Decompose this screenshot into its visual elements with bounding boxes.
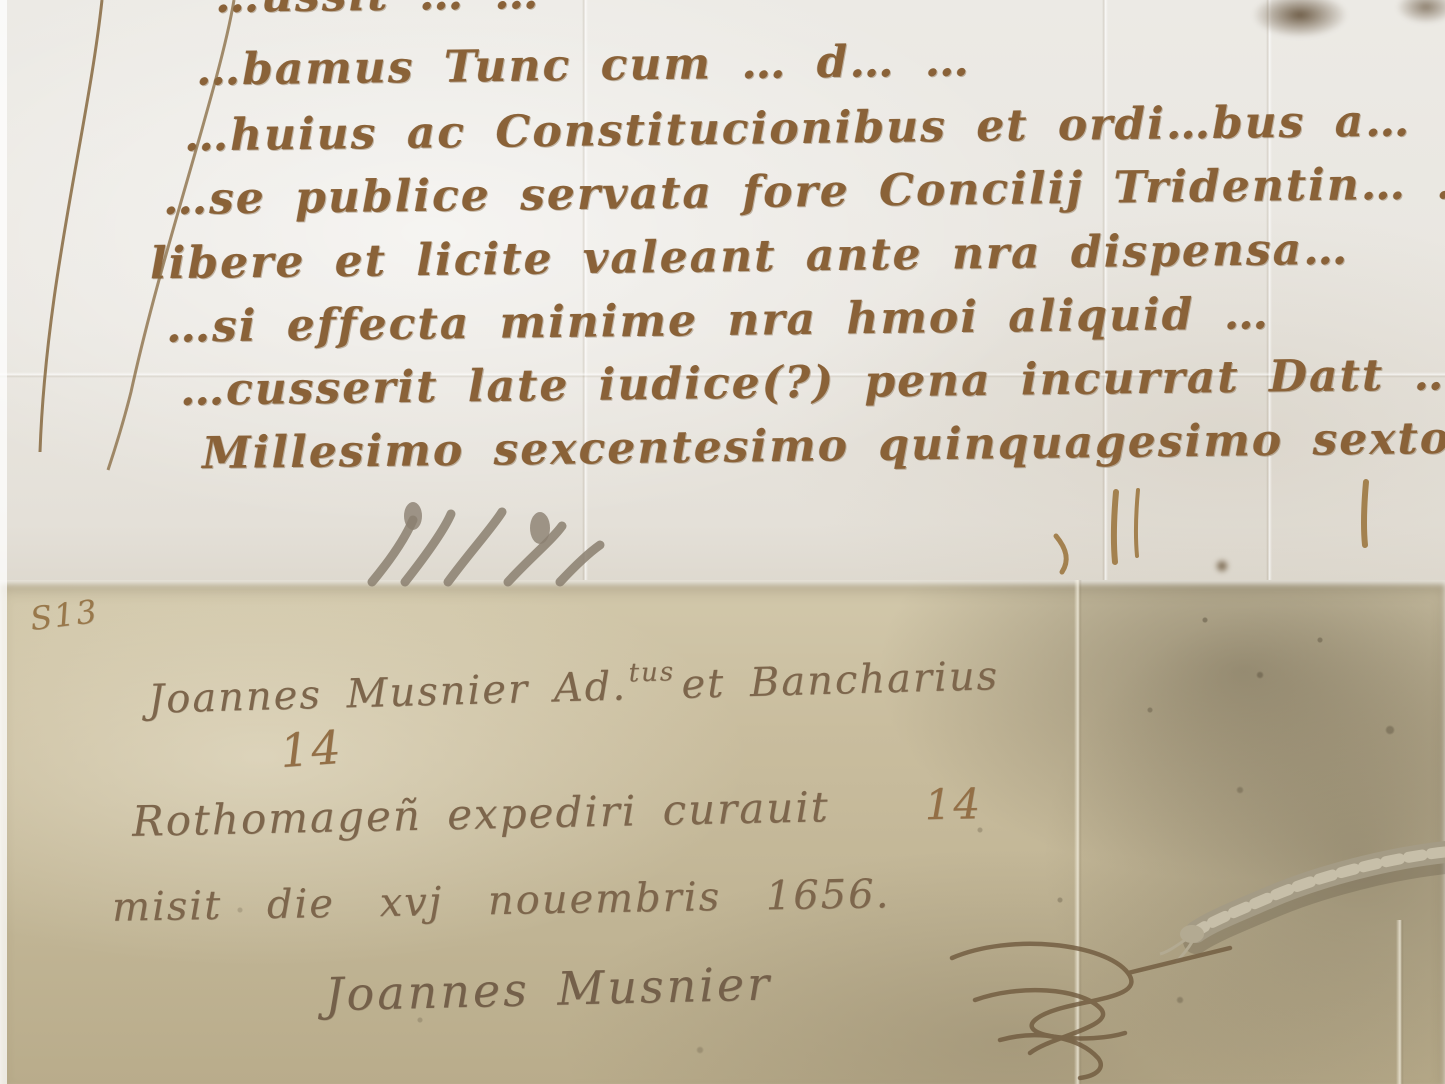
note-line-1-end: et Bancharius [681,653,1000,708]
note-line-2-numeral: 14 [924,779,982,829]
plica-crease-vertical [1396,920,1404,1084]
gothic-text-line-4: …se publice servata fore Concilij Triden… [163,158,1445,225]
photo-edge-highlight [0,0,7,1084]
gothic-text-line-1: …ussit … … [215,0,541,23]
note-superscript: tus [628,657,675,688]
plica-crease-vertical [1074,580,1082,1084]
parchment-upper-sheet: …ussit … … …bamus Tunc cum … d… … …huius… [0,0,1445,582]
ink-blot [1396,0,1445,24]
gothic-text-line-8: Millesimo sexcentesimo quinquagesimo sex… [202,412,1445,479]
gothic-text-line-5: libere et licite valeant ante nra dispen… [150,224,1350,290]
gothic-text-line-2: …bamus Tunc cum … d… … [196,35,971,95]
ink-dot [1214,558,1230,574]
gothic-text-line-3: …huius ac Constitucionibus et ordi…bus a… [184,96,1412,162]
interline-numeral: 14 [278,720,344,778]
manuscript-photo: …ussit … … …bamus Tunc cum … d… … …huius… [0,0,1445,1084]
notary-signature: Joannes Musnier [324,957,772,1022]
plica-folded-strip: S13 Joannes Musnier Ad.tuset Bancharius … [0,580,1445,1084]
gothic-text-line-7: …cusserit late iudice(?) pena incurrat D… [180,349,1445,416]
